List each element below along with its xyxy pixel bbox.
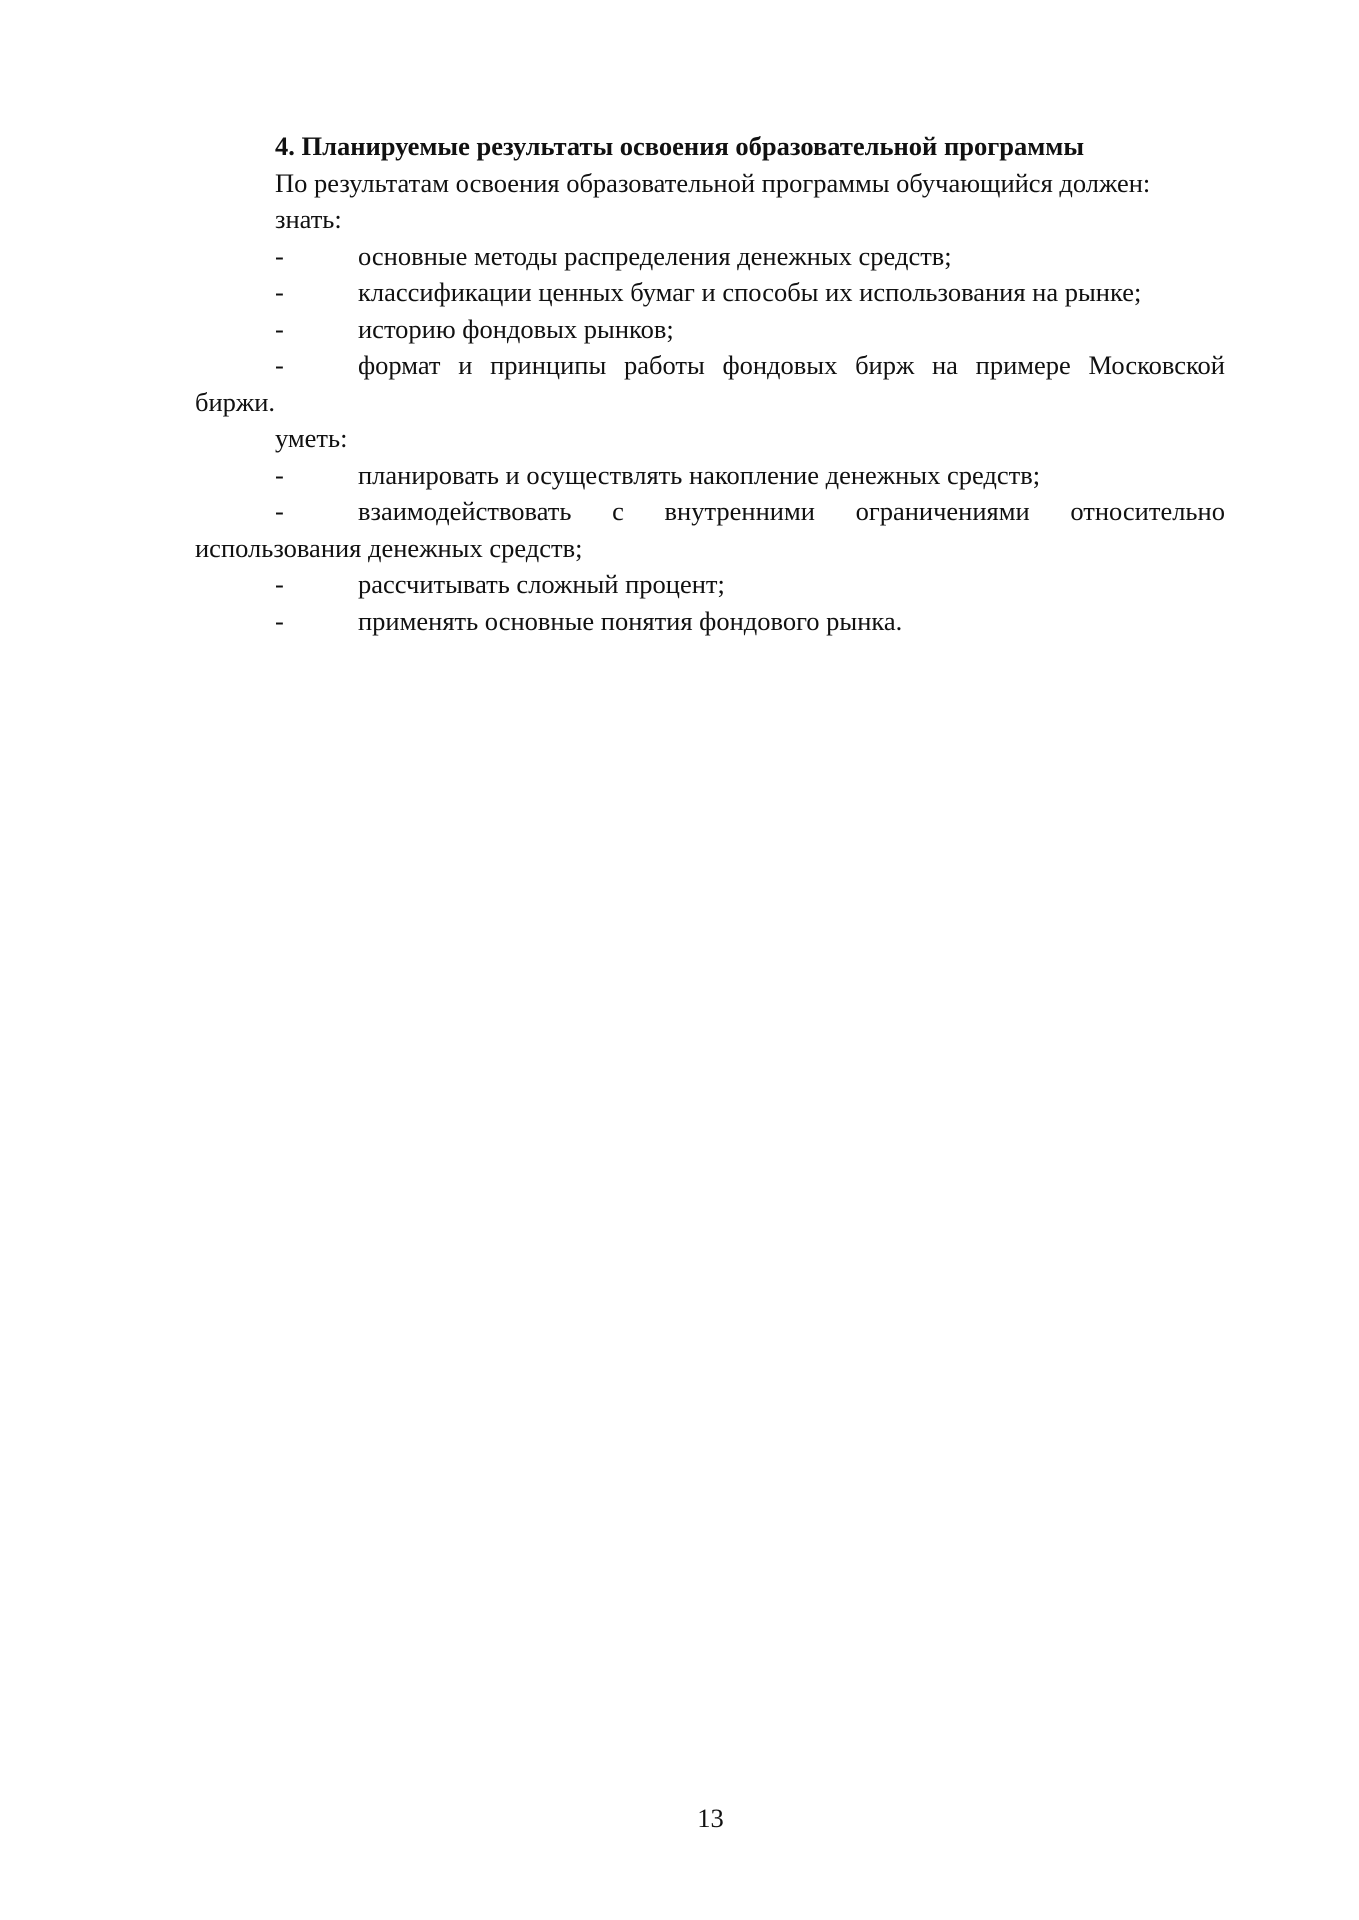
word: бирж	[855, 347, 914, 384]
list-dash: -	[195, 238, 358, 275]
list-item-text: планировать и осуществлять накопление де…	[358, 457, 1225, 494]
word: принципы	[490, 347, 606, 384]
word: формат	[358, 347, 441, 384]
word: с	[612, 493, 624, 530]
can-list-item: - взаимодействоватьсвнутреннимиограничен…	[195, 493, 1225, 566]
word: взаимодействовать	[358, 493, 571, 530]
document-page: 4. Планируемые результаты освоения образ…	[0, 0, 1359, 1920]
list-item-text: взаимодействоватьсвнутреннимиограничения…	[358, 493, 1225, 530]
word: внутренними	[665, 493, 815, 530]
list-item-text: форматипринципыработыфондовыхбиржнаприме…	[358, 347, 1225, 384]
list-item-text: рассчитывать сложный процент;	[358, 566, 1225, 603]
word: примере	[976, 347, 1071, 384]
list-dash: -	[195, 274, 358, 311]
list-dash: -	[195, 457, 358, 494]
document-body: 4. Планируемые результаты освоения образ…	[195, 128, 1225, 639]
can-list-item: - применять основные понятия фондового р…	[195, 603, 1225, 640]
know-list-item: - форматипринципыработыфондовыхбиржнапри…	[195, 347, 1225, 420]
know-list-item: - историю фондовых рынков;	[195, 311, 1225, 348]
list-dash: -	[195, 311, 358, 348]
list-item-text: историю фондовых рынков;	[358, 311, 1225, 348]
list-dash: -	[195, 566, 358, 603]
word: фондовых	[722, 347, 837, 384]
page-number: 13	[0, 1800, 1359, 1836]
know-label: знать:	[195, 201, 1225, 238]
word: на	[932, 347, 958, 384]
know-list-item: - основные методы распределения денежных…	[195, 238, 1225, 275]
list-dash: -	[195, 493, 358, 530]
list-item-text: основные методы распределения денежных с…	[358, 238, 1225, 275]
word: Московской	[1089, 347, 1225, 384]
know-list-item: - классификации ценных бумаг и способы и…	[195, 274, 1225, 311]
list-item-text: применять основные понятия фондового рын…	[358, 603, 1225, 640]
can-label: уметь:	[195, 420, 1225, 457]
word: работы	[624, 347, 705, 384]
list-item-continuation: использования денежных средств;	[195, 530, 1225, 567]
word: относительно	[1070, 493, 1225, 530]
word: ограничениями	[856, 493, 1030, 530]
list-item-text: классификации ценных бумаг и способы их …	[358, 274, 1225, 311]
intro-paragraph: По результатам освоения образовательной …	[195, 165, 1225, 202]
section-heading: 4. Планируемые результаты освоения образ…	[195, 128, 1225, 165]
list-dash: -	[195, 603, 358, 640]
word: и	[458, 347, 472, 384]
list-item-continuation: биржи.	[195, 384, 1225, 421]
can-list-item: - рассчитывать сложный процент;	[195, 566, 1225, 603]
list-dash: -	[195, 347, 358, 384]
can-list-item: - планировать и осуществлять накопление …	[195, 457, 1225, 494]
